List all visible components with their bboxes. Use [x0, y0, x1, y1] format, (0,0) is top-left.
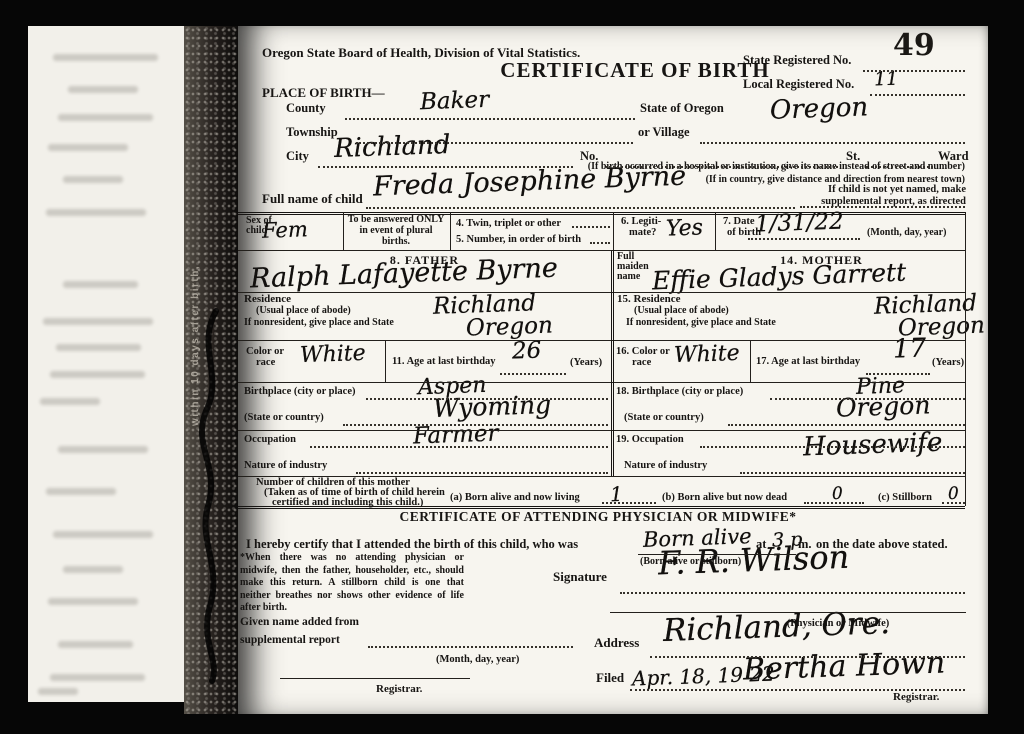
rule-line: [804, 502, 864, 504]
rule-line: [728, 424, 965, 426]
rule-line: [866, 166, 933, 168]
state-of-oregon-label: State of Oregon: [640, 102, 724, 116]
address-value: Richland, Ore.: [663, 608, 891, 647]
rule-line: [750, 340, 751, 382]
rule-line: [356, 142, 633, 144]
rule-line: [610, 612, 966, 613]
village-label: or Village: [638, 126, 690, 140]
rule-line: [863, 70, 965, 72]
local-registered-number: 11: [874, 70, 899, 90]
physician-heading: CERTIFICATE OF ATTENDING PHYSICIAN OR MI…: [338, 510, 858, 525]
mother-industry-label: Nature of industry: [624, 460, 707, 471]
children-dead-label: (b) Born alive but now dead: [662, 492, 787, 503]
plural-note: To be answered ONLY in event of plural b…: [346, 215, 446, 247]
bleed-through-ghost: [63, 566, 123, 573]
signature-value: F. R. Wilson: [657, 541, 849, 580]
legitimate-label-line1: 6. Legiti-: [621, 216, 661, 227]
legitimate-label-line2: mate?: [629, 227, 656, 238]
mother-name-value: Effie Gladys Garrett: [652, 260, 907, 294]
bleed-through-ghost: [43, 318, 153, 325]
rule-line: [650, 656, 965, 658]
mother-residence-sub2: If nonresident, give place and State: [626, 318, 776, 329]
rule-line: [611, 250, 616, 476]
bleed-through-ghost: [38, 688, 78, 695]
unnamed-note-line1: If child is not yet named, make: [800, 184, 966, 195]
village-value: Oregon: [770, 94, 869, 123]
rule-line: [613, 212, 614, 250]
father-race-value: White: [300, 343, 366, 367]
rule-line: [870, 94, 965, 96]
rule-line: [318, 166, 573, 168]
month-day-year-note: (Month, day, year): [436, 654, 519, 665]
mother-age-suffix: (Years): [932, 357, 964, 368]
mother-residence-sub1: (Usual place of abode): [634, 306, 729, 317]
rule-line: [800, 206, 965, 208]
rule-line: [280, 678, 470, 679]
maiden-label-line3: name: [617, 272, 640, 283]
mother-race-label-line2: race: [632, 357, 651, 368]
children-living-label: (a) Born alive and now living: [450, 492, 580, 503]
rule-line: [366, 398, 608, 400]
father-race-label-line1: Color or: [246, 346, 284, 357]
bleed-through-ghost: [58, 446, 148, 453]
rule-line: [606, 166, 838, 168]
mother-race-value: White: [674, 343, 740, 367]
children-dead-value: 0: [832, 486, 843, 503]
rule-line: [238, 476, 965, 477]
rule-line: [343, 212, 344, 250]
certify-text: I hereby certify that I attended the bir…: [246, 538, 578, 552]
rule-line: [238, 292, 965, 293]
sex-value: Fem: [262, 219, 308, 242]
city-label: City: [286, 150, 309, 164]
rule-line: [638, 554, 796, 555]
legitimate-value: Yes: [666, 217, 704, 240]
county-value: Baker: [420, 89, 490, 114]
rule-line: [238, 382, 965, 383]
mother-birth-state-label: (State or country): [624, 412, 704, 423]
bleed-through-ghost: [50, 674, 145, 681]
bleed-through-ghost: [46, 209, 146, 216]
rule-line: [630, 689, 965, 691]
rule-line: [500, 373, 566, 375]
rule-line: [740, 472, 965, 474]
state-registered-number: 49: [893, 28, 935, 63]
bleed-through-ghost: [40, 398, 100, 405]
birth-certificate-page: Oregon State Board of Health, Division o…: [238, 26, 988, 714]
rule-line: [700, 446, 965, 448]
bleed-through-ghost: [48, 598, 138, 605]
bleed-through-ghost: [63, 281, 138, 288]
rule-line: [715, 212, 716, 250]
local-registered-label: Local Registered No.: [743, 78, 854, 92]
bleed-through-ghost: [68, 86, 138, 93]
mother-industry-value: Housewife: [803, 430, 943, 461]
rule-line: [238, 250, 965, 251]
rule-line: [700, 142, 965, 144]
bleed-through-ghost: [48, 144, 128, 151]
full-name-value: Freda Josephine Byrne: [373, 163, 687, 201]
father-occupation-label: Occupation: [244, 434, 296, 445]
signature-label: Signature: [553, 570, 607, 584]
city-value: Richland: [334, 132, 451, 162]
township-label: Township: [286, 126, 338, 140]
father-birth-state-label: (State or country): [244, 412, 324, 423]
bleed-through-ghost: [58, 641, 133, 648]
rule-line: [356, 472, 608, 474]
rule-line: [238, 340, 965, 341]
supplemental-label-line2: supplemental report: [240, 634, 340, 646]
mother-race-label-line1: 16. Color or: [616, 346, 670, 357]
mother-birth-state-value: Oregon: [836, 392, 931, 420]
address-label: Address: [594, 636, 639, 650]
physician-footnote: *When there was no attending physician o…: [240, 552, 464, 615]
previous-page-scan: [28, 26, 186, 702]
children-stillborn-value: 0: [948, 486, 959, 503]
mother-occupation-label: 19. Occupation: [616, 434, 684, 445]
father-residence-sub1: (Usual place of abode): [256, 306, 351, 317]
father-birthplace-label: Birthplace (city or place): [244, 386, 356, 397]
father-birth-state-value: Wyoming: [433, 392, 552, 421]
rule-line: [620, 592, 965, 594]
dob-format-note: (Month, day, year): [867, 228, 946, 239]
book-gutter: within 10 days after birth,: [184, 26, 240, 714]
father-age-label: 11. Age at last birthday: [392, 356, 496, 367]
rule-line: [238, 506, 965, 511]
filed-label: Filed: [596, 671, 624, 685]
registrar-signature: Bertha Hown: [743, 648, 946, 685]
rule-line: [748, 238, 860, 240]
mother-birthplace-label: 18. Birthplace (city or place): [616, 386, 743, 397]
rule-line: [368, 646, 573, 648]
rule-line: [343, 424, 608, 426]
bleed-through-ghost: [63, 176, 123, 183]
twin-label: 4. Twin, triplet or other: [456, 218, 561, 229]
rule-line: [602, 502, 656, 504]
father-occupation-value: Farmer: [413, 423, 499, 449]
rule-line: [238, 430, 965, 431]
place-of-birth-label: PLACE OF BIRTH—: [262, 86, 385, 100]
rule-line: [965, 212, 966, 506]
father-age-suffix: (Years): [570, 357, 602, 368]
rule-line: [310, 446, 608, 448]
registrar-label-left: Registrar.: [376, 684, 422, 696]
gutter-ink-ghost: [186, 306, 230, 686]
full-name-label: Full name of child: [262, 192, 363, 206]
rule-line: [942, 502, 965, 504]
bleed-through-ghost: [53, 531, 153, 538]
rule-line: [385, 340, 386, 382]
mother-age-label: 17. Age at last birthday: [756, 356, 860, 367]
rule-line: [345, 118, 635, 120]
rule-line: [238, 212, 965, 217]
bleed-through-ghost: [58, 114, 153, 121]
registrar-label-right: Registrar.: [893, 692, 939, 704]
rule-line: [366, 207, 795, 209]
rule-line: [450, 212, 451, 250]
order-label: 5. Number, in order of birth: [456, 234, 581, 245]
state-registered-label: State Registered No.: [743, 54, 851, 68]
father-industry-label: Nature of industry: [244, 460, 327, 471]
father-residence-sub2: If nonresident, give place and State: [244, 318, 394, 329]
county-label: County: [286, 102, 326, 116]
supplemental-label-line1: Given name added from: [240, 616, 359, 628]
bleed-through-ghost: [56, 344, 141, 351]
rule-line: [866, 373, 930, 375]
rule-line: [770, 398, 965, 400]
rule-line: [590, 242, 610, 244]
bleed-through-ghost: [50, 371, 145, 378]
rule-line: [572, 226, 610, 228]
father-race-label-line2: race: [256, 357, 275, 368]
bleed-through-ghost: [46, 488, 116, 495]
bleed-through-ghost: [53, 54, 158, 61]
father-age-value: 26: [512, 339, 542, 363]
dob-label-line1: 7. Date: [723, 216, 755, 227]
children-stillborn-label: (c) Stillborn: [878, 492, 932, 503]
